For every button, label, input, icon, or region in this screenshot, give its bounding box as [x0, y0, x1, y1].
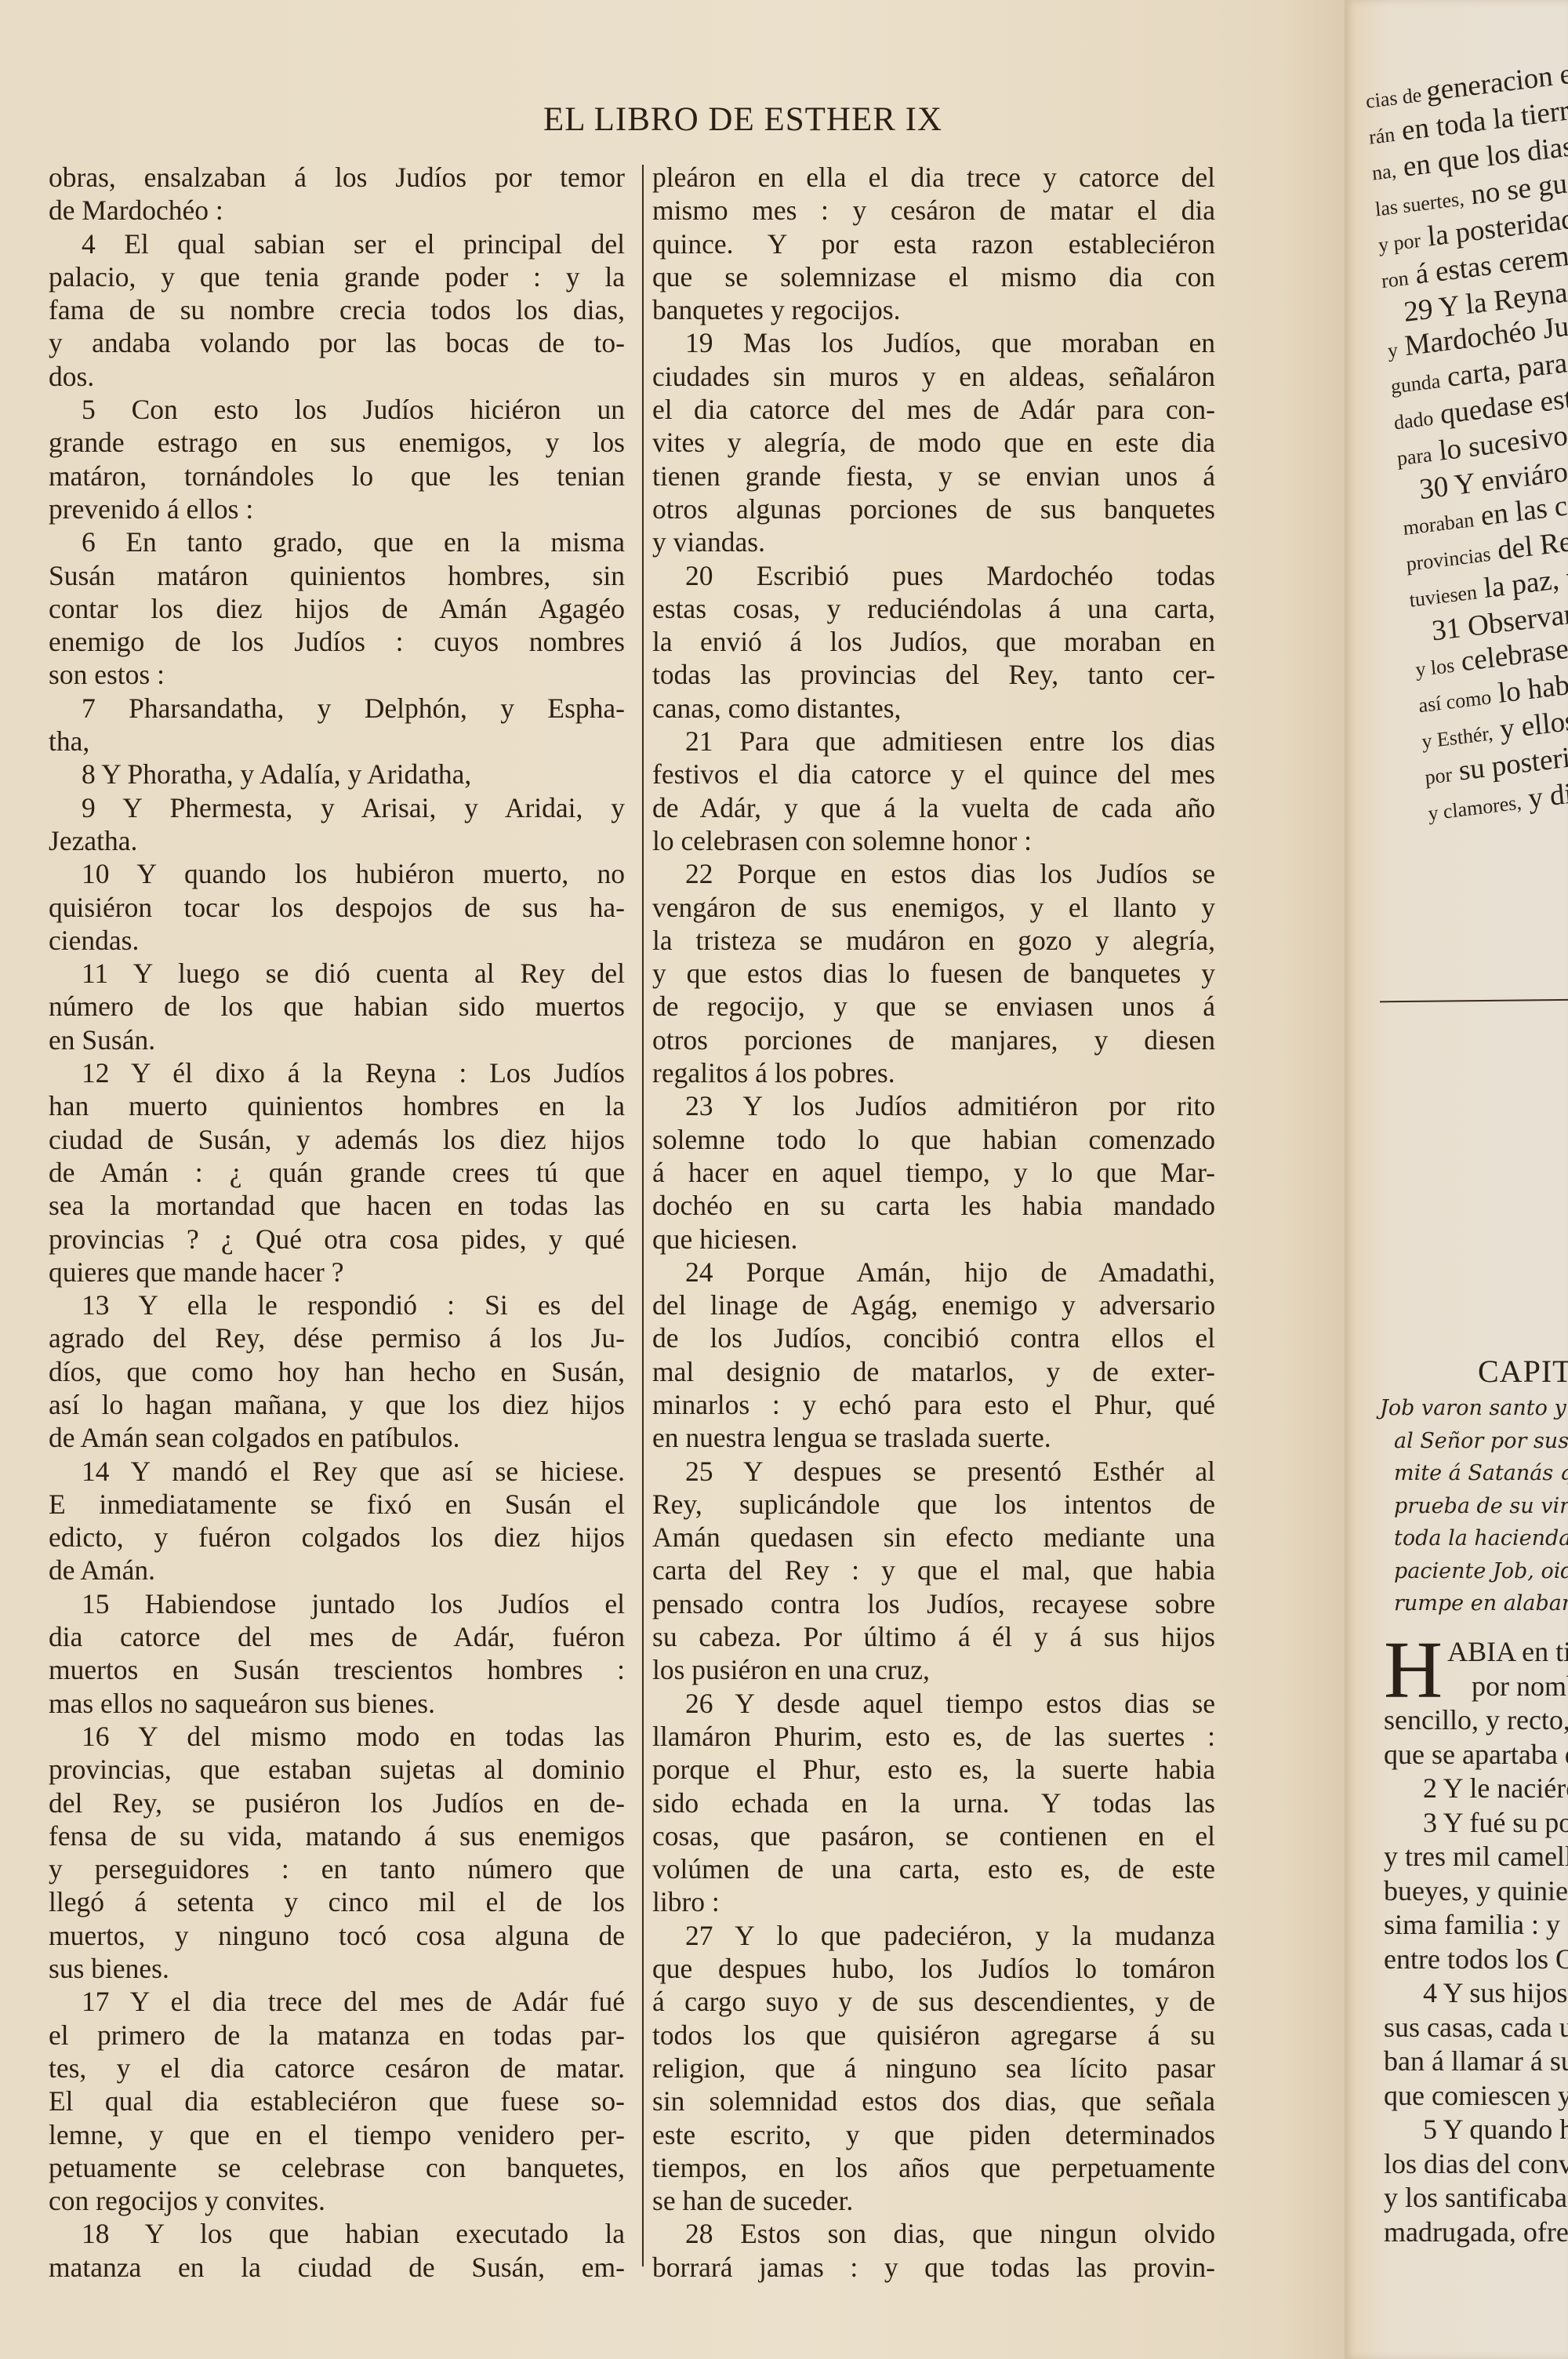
- text-line: agrado del Rey, dése permiso á los Ju-: [49, 1321, 625, 1354]
- text-line: 17 Y el dia trece del mes de Adár fué: [49, 1985, 625, 2018]
- right-text-column: pleáron en ella el dia trece y catorce d…: [652, 161, 1215, 2284]
- column-divider: [642, 165, 644, 2266]
- text-line: 12 Y él dixo á la Reyna : Los Judíos: [49, 1056, 625, 1089]
- text-line: tienen grande fiesta, y se envian unos á: [652, 460, 1215, 493]
- body-line: sencillo, y recto, y te: [1384, 1703, 1568, 1738]
- text-line: tiempos, en los años que perpetuamente: [652, 2151, 1215, 2184]
- summary-line: toda la hacienda, y: [1380, 1522, 1568, 1555]
- text-line: otros algunas porciones de sus banquetes: [652, 493, 1215, 525]
- text-line: dos.: [49, 360, 625, 393]
- line-lead: así como: [1417, 685, 1492, 717]
- text-line: carta del Rey : y que el mal, que habia: [652, 1554, 1215, 1587]
- text-line: lemne, y que en el tiempo venidero per-: [49, 2118, 625, 2151]
- text-line: Amán quedasen sin efecto mediante una: [652, 1521, 1215, 1554]
- line-lead: gunda: [1390, 369, 1442, 398]
- text-line: pleáron en ella el dia trece y catorce d…: [652, 161, 1215, 194]
- text-line: tes, y el dia catorce cesáron de matar.: [49, 2052, 625, 2085]
- text-line: este escrito, y que piden determinados: [652, 2118, 1215, 2151]
- text-line: 8 Y Phoratha, y Adalía, y Aridatha,: [49, 758, 625, 791]
- right-page-top-text: cias de generacion en grán en toda la ti…: [1364, 49, 1568, 831]
- text-line: 25 Y despues se presentó Esthér al: [652, 1455, 1215, 1488]
- text-line: mismo mes : y cesáron de matar el dia: [652, 194, 1215, 227]
- text-line: quieres que mande hacer ?: [49, 1256, 625, 1289]
- text-line: 14 Y mandó el Rey que así se hiciese.: [49, 1455, 625, 1488]
- body-line: que comiescen y beb: [1384, 2079, 1568, 2114]
- text-line: de Adár, y que á la vuelta de cada año: [652, 791, 1215, 824]
- line-lead: y por: [1377, 229, 1421, 257]
- text-line: se han de suceder.: [652, 2184, 1215, 2217]
- text-line: todas las provincias del Rey, tanto cer-: [652, 658, 1215, 691]
- text-line: petuamente se celebrase con banquetes,: [49, 2151, 625, 2184]
- left-page: EL LIBRO DE ESTHER IX obras, ensalzaban …: [0, 0, 1345, 2359]
- body-line: madrugada, ofrecia h: [1384, 2215, 1568, 2250]
- body-line: entre todos los Orient: [1384, 1943, 1568, 1977]
- text-line: el dia catorce del mes de Adár para con-: [652, 393, 1215, 426]
- text-line: en nuestra lengua se traslada suerte.: [652, 1421, 1215, 1454]
- text-line: 10 Y quando los hubiéron muerto, no: [49, 857, 625, 890]
- body-line: 2 Y le naciéron sie: [1384, 1772, 1568, 1806]
- text-line: llamáron Phurim, esto es, de las suertes…: [652, 1720, 1215, 1753]
- text-line: 26 Y desde aquel tiempo estos dias se: [652, 1687, 1215, 1720]
- text-line: cosas, que pasáron, se contienen en el: [652, 1819, 1215, 1852]
- text-line: mal designio de matarlos, y de exter-: [652, 1355, 1215, 1388]
- body-line: sus casas, cada uno e: [1384, 2011, 1568, 2045]
- body-line: bueyes, y quinientas: [1384, 1874, 1568, 1909]
- text-line: ciudad de Susán, y además los diez hijos: [49, 1123, 625, 1156]
- text-line: de Amán sean colgados en patíbulos.: [49, 1421, 625, 1454]
- text-line: provincias ? ¿ Qué otra cosa pides, y qu…: [49, 1223, 625, 1256]
- text-line: regalitos á los pobres.: [652, 1056, 1215, 1089]
- chapter-body: H ABIA en tierra por nombre Jo sencillo,…: [1384, 1635, 1568, 2249]
- line-lead: cias de: [1365, 82, 1428, 112]
- text-line: pensado contra los Judíos, recayese sobr…: [652, 1587, 1215, 1620]
- text-line: libro :: [652, 1885, 1215, 1918]
- text-line: ciudades sin muros y en aldeas, señaláro…: [652, 360, 1215, 393]
- text-line: sea la mortandad que hacen en todas las: [49, 1189, 625, 1222]
- line-lead: provincias: [1405, 543, 1491, 576]
- line-lead: moraban: [1402, 508, 1475, 540]
- body-line: y tres mil camellos, q: [1384, 1840, 1568, 1874]
- text-line: y perseguidores : en tanto número que: [49, 1852, 625, 1885]
- text-line: vengáron de sus enemigos, y el llanto y: [652, 891, 1215, 924]
- text-line: mas ellos no saqueáron sus bienes.: [49, 1687, 625, 1720]
- text-line: 24 Porque Amán, hijo de Amadathi,: [652, 1256, 1215, 1289]
- right-page-partial: cias de generacion en grán en toda la ti…: [1345, 0, 1568, 2359]
- text-line: 19 Mas los Judíos, que moraban en: [652, 326, 1215, 359]
- text-line: provincias, que estaban sujetas al domin…: [49, 1753, 625, 1786]
- text-line: son estos :: [49, 658, 625, 691]
- line-lead: las suertes,: [1374, 187, 1465, 221]
- summary-line: Job varon santo y ric: [1380, 1392, 1568, 1425]
- text-line: de regocijo, y que se enviasen unos á: [652, 990, 1215, 1023]
- text-line: que se solemnizase el mismo dia con: [652, 260, 1215, 293]
- text-line: y andaba volando por las bocas de to-: [49, 326, 625, 359]
- text-line: obras, ensalzaban á los Judíos por temor: [49, 161, 625, 194]
- text-line: 22 Porque en estos dias los Judíos se: [652, 857, 1215, 890]
- drop-cap: H: [1384, 1638, 1443, 1703]
- line-lead: por: [1424, 763, 1453, 789]
- text-line: palacio, y que tenia grande poder : y la: [49, 260, 625, 293]
- text-line: fama de su nombre crecia todos los dias,: [49, 293, 625, 326]
- body-line: y los santificaba,: [1384, 2181, 1568, 2215]
- text-line: Jezatha.: [49, 824, 625, 857]
- summary-line: prueba de su virtud.: [1380, 1490, 1568, 1523]
- text-line: de Amán.: [49, 1554, 625, 1587]
- text-line: 7 Pharsandatha, y Delphón, y Espha-: [49, 692, 625, 725]
- line-lead: y los: [1414, 654, 1455, 682]
- text-line: todos los que quisiéron agregarse á su: [652, 2019, 1215, 2052]
- text-line: contar los diez hijos de Amán Agagéo: [49, 592, 625, 625]
- text-line: la envió á los Judíos, que moraban en: [652, 625, 1215, 658]
- summary-line: al Señor por sus hij: [1380, 1425, 1568, 1458]
- text-line: del linage de Agág, enemigo y adversario: [652, 1289, 1215, 1321]
- text-line: llegó á setenta y cinco mil el de los: [49, 1885, 625, 1918]
- text-line: y que estos dias lo fuesen de banquetes …: [652, 957, 1215, 990]
- text-line: matáron, tornándoles lo que les tenian: [49, 460, 625, 493]
- text-line: 4 El qual sabian ser el principal del: [49, 227, 625, 260]
- text-line: 13 Y ella le respondió : Si es del: [49, 1289, 625, 1321]
- line-lead: dado: [1393, 406, 1435, 434]
- text-line: banquetes y regocijos.: [652, 293, 1215, 326]
- body-line: sima familia : y este: [1384, 1908, 1568, 1943]
- line-lead: para: [1396, 443, 1433, 470]
- text-line: fensa de su vida, matando á sus enemigos: [49, 1819, 625, 1852]
- text-line: dochéo en su carta les habia mandado: [652, 1189, 1215, 1222]
- text-line: 15 Habiendose juntado los Judíos el: [49, 1587, 625, 1620]
- text-line: 16 Y del mismo modo en todas las: [49, 1720, 625, 1753]
- text-line: de Mardochéo :: [49, 194, 625, 227]
- text-line: el primero de la matanza en todas par-: [49, 2019, 625, 2052]
- text-line: 5 Con esto los Judíos hiciéron un: [49, 393, 625, 426]
- text-line: canas, como distantes,: [652, 692, 1215, 725]
- text-line: del Rey, se pusiéron los Judíos en de-: [49, 1787, 625, 1819]
- text-line: sido echada en la urna. Y todas las: [652, 1787, 1215, 1819]
- text-line: edicto, y fuéron colgados los diez hijos: [49, 1521, 625, 1554]
- text-line: lo celebrasen con solemne honor :: [652, 824, 1215, 857]
- text-line: y viandas.: [652, 525, 1215, 558]
- text-line: han muerto quinientos hombres en la: [49, 1089, 625, 1122]
- text-line: estas cosas, y reduciéndolas á una carta…: [652, 592, 1215, 625]
- text-line: E inmediatamente se fixó en Susán el: [49, 1488, 625, 1521]
- body-line: 5 Y quando habia: [1384, 2113, 1568, 2147]
- text-line: que despues hubo, los Judíos lo tomáron: [652, 1952, 1215, 1985]
- text-line: festivos el dia catorce y el quince del …: [652, 758, 1215, 791]
- text-line: de los Judíos, concibió contra ellos el: [652, 1321, 1215, 1354]
- body-line: 3 Y fué su posesio: [1384, 1806, 1568, 1841]
- text-line: que hiciesen.: [652, 1223, 1215, 1256]
- chapter-heading: CAPITU: [1478, 1353, 1568, 1390]
- text-line: muertos, y ninguno tocó cosa alguna de: [49, 1919, 625, 1952]
- line-lead: rán: [1368, 123, 1396, 149]
- text-line: enemigo de los Judíos : cuyos nombres: [49, 625, 625, 658]
- text-line: El qual dia estableciéron que fuese so-: [49, 2085, 625, 2117]
- text-line: su cabeza. Por último á él y á sus hijos: [652, 1620, 1215, 1653]
- line-lead: ron: [1381, 267, 1410, 293]
- text-line: grande estrago en sus enemigos, y los: [49, 426, 625, 459]
- body-line: que se apartaba del m: [1384, 1738, 1568, 1772]
- text-line: 11 Y luego se dió cuenta al Rey del: [49, 957, 625, 990]
- text-line: de Amán : ¿ quán grande crees tú que: [49, 1156, 625, 1189]
- text-line: á hacer en aquel tiempo, y lo que Mar-: [652, 1156, 1215, 1189]
- text-line: quince. Y por esta razon estableciéron: [652, 227, 1215, 260]
- text-line: en Susán.: [49, 1023, 625, 1056]
- text-line: los pusiéron en una cruz,: [652, 1653, 1215, 1686]
- line-lead: tuviesen: [1409, 580, 1479, 611]
- running-head-text: EL LIBRO DE ESTHER IX: [543, 101, 942, 138]
- text-line: 27 Y lo que padeciéron, y la mudanza: [652, 1919, 1215, 1952]
- left-text-column: obras, ensalzaban á los Judíos por temor…: [49, 161, 625, 2284]
- line-lead: na,: [1371, 159, 1397, 185]
- summary-line: paciente Job, oida: [1380, 1555, 1568, 1588]
- text-line: Susán matáron quinientos hombres, sin: [49, 559, 625, 592]
- text-line: matanza en la ciudad de Susán, em-: [49, 2251, 625, 2284]
- text-line: díos, que como hoy han hecho en Susán,: [49, 1355, 625, 1388]
- summary-line: rumpe en alabanzas: [1380, 1587, 1568, 1620]
- body-line: ban á llamar á sus: [1384, 2045, 1568, 2079]
- text-line: 18 Y los que habian executado la: [49, 2217, 625, 2250]
- text-line: tha,: [49, 725, 625, 758]
- text-line: así lo hagan mañana, y que los diez hijo…: [49, 1388, 625, 1421]
- running-head: EL LIBRO DE ESTHER IX: [0, 100, 1345, 139]
- text-line: 28 Estos son dias, que ningun olvido: [652, 2217, 1215, 2250]
- text-line: ciendas.: [49, 924, 625, 957]
- text-line: minarlos : y echó para esto el Phur, qué: [652, 1388, 1215, 1421]
- text-line: Rey, suplicándole que los intentos de: [652, 1488, 1215, 1521]
- chapter-summary: Job varon santo y rical Señor por sus hi…: [1380, 1392, 1568, 1620]
- text-line: solemne todo lo que habian comenzado: [652, 1123, 1215, 1156]
- text-line: dia catorce del mes de Adár, fuéron: [49, 1620, 625, 1653]
- summary-line: mite á Satanás que: [1380, 1457, 1568, 1490]
- text-line: vites y alegría, de modo que en este dia: [652, 426, 1215, 459]
- text-line: volúmen de una carta, esto es, de este: [652, 1852, 1215, 1885]
- text-line: á cargo suyo y de sus descendientes, y d…: [652, 1985, 1215, 2018]
- text-line: 9 Y Phermesta, y Arisai, y Aridai, y: [49, 791, 625, 824]
- text-line: la tristeza se mudáron en gozo y alegría…: [652, 924, 1215, 957]
- line-lead: y Esthér,: [1421, 722, 1494, 753]
- text-line: 20 Escribió pues Mardochéo todas: [652, 559, 1215, 592]
- chapter-end-rule: [1380, 999, 1568, 1003]
- text-line: sin solemnidad estos dos dias, que señal…: [652, 2085, 1215, 2117]
- text-line: 23 Y los Judíos admitiéron por rito: [652, 1089, 1215, 1122]
- text-line: otros porciones de manjares, y diesen: [652, 1023, 1215, 1056]
- text-line: muertos en Susán trescientos hombres :: [49, 1653, 625, 1686]
- body-line: los dias del convite e: [1384, 2147, 1568, 2182]
- text-line: borrará jamas : y que todas las provin-: [652, 2251, 1215, 2284]
- line-lead: y clamores,: [1427, 791, 1522, 825]
- text-line: prevenido á ellos :: [49, 493, 625, 525]
- text-line: 6 En tanto grado, que en la misma: [49, 525, 625, 558]
- text-line: quisiéron tocar los despojos de sus ha-: [49, 891, 625, 924]
- body-line: 4 Y sus hijos iban: [1384, 1976, 1568, 2011]
- text-line: religion, que á ninguno sea lícito pasar: [652, 2052, 1215, 2085]
- text-line: número de los que habian sido muertos: [49, 990, 625, 1023]
- text-line: 21 Para que admitiesen entre los dias: [652, 725, 1215, 758]
- text-line: porque el Phur, esto es, la suerte habia: [652, 1753, 1215, 1786]
- text-line: sus bienes.: [49, 1952, 625, 1985]
- text-line: con regocijos y convites.: [49, 2184, 625, 2217]
